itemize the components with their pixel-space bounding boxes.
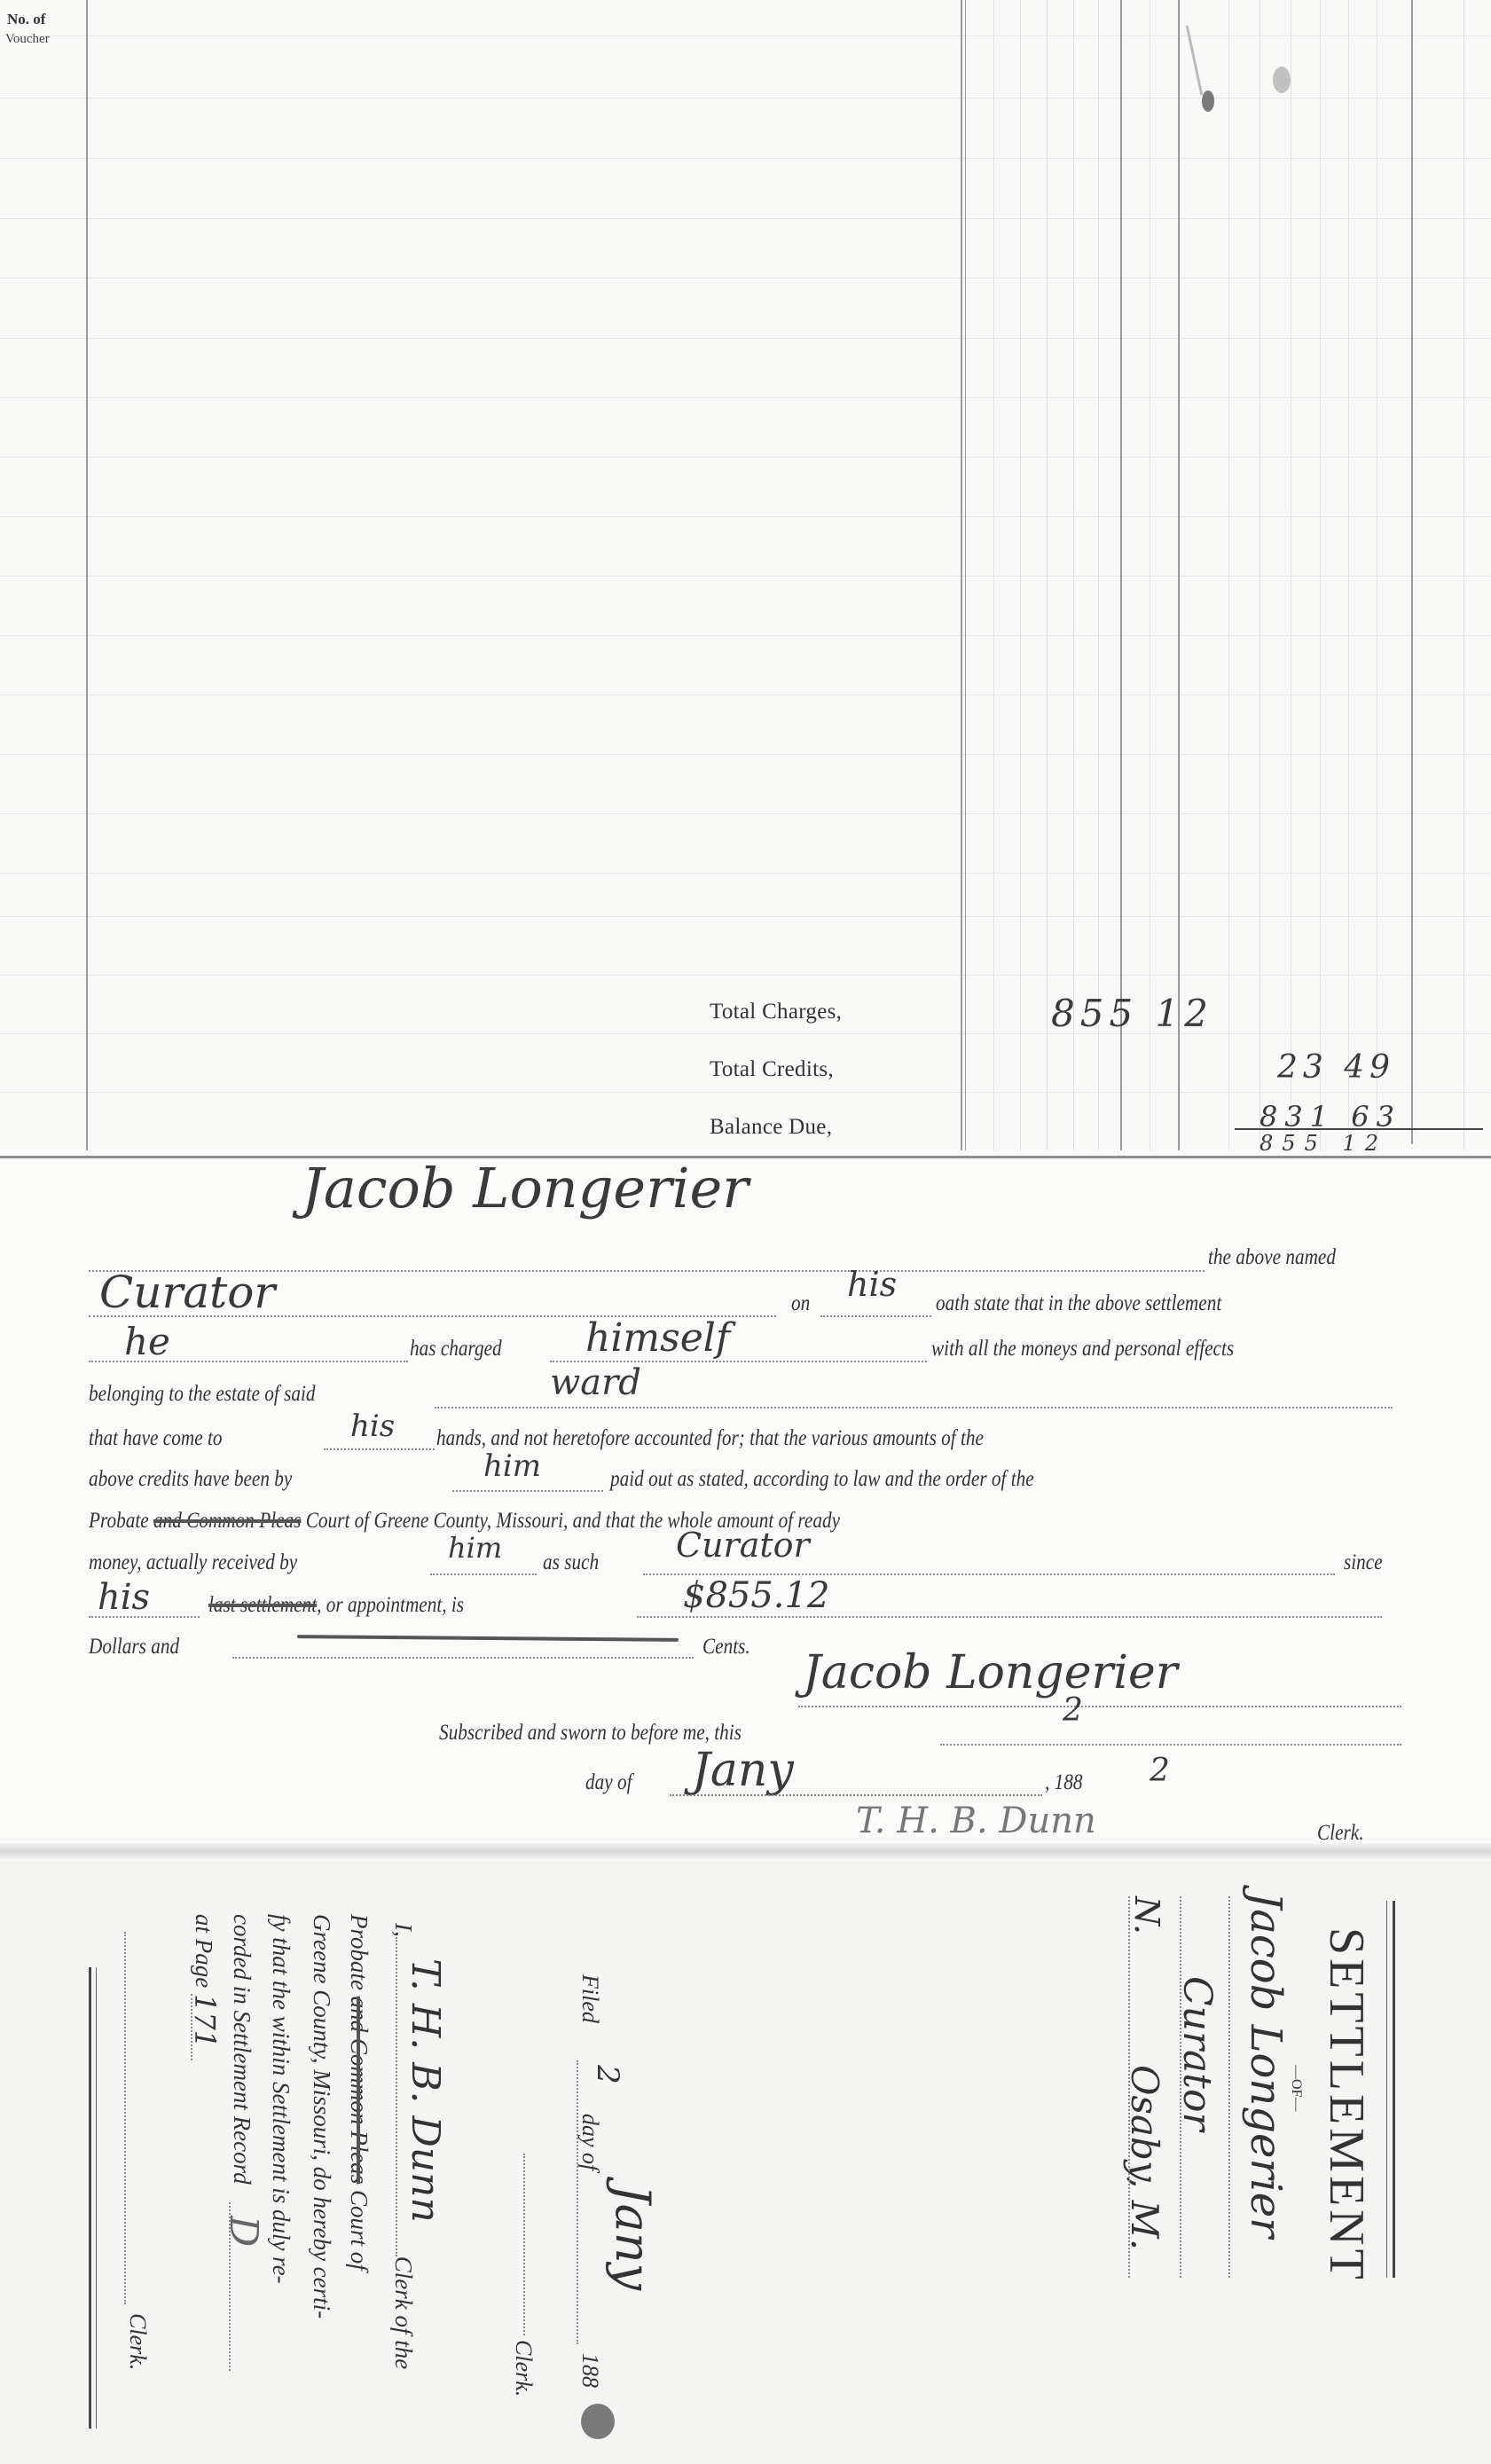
handwritten-himself: himself (585, 1315, 730, 1361)
text-subscribed: Subscribed and sworn to before me, this (439, 1721, 742, 1746)
ink-blot (1202, 90, 1214, 112)
text-day-of: day of (585, 1770, 632, 1795)
fill-line (89, 1361, 408, 1362)
filed-day: 2 (590, 2065, 625, 2084)
cert-line-5: corded in Settlement Record (228, 1914, 255, 2185)
ruled-line (0, 1092, 1491, 1093)
handwritten-ward: ward (550, 1362, 641, 1403)
fill-line (452, 1490, 603, 1492)
cents-guide (1228, 0, 1229, 1150)
text-filed: Filed (577, 1974, 603, 2023)
ruled-line (0, 35, 1491, 36)
ruled-line (0, 158, 1491, 159)
fill-line (124, 1932, 126, 2304)
cents-guide (1098, 0, 1099, 1150)
text-last-settlement: last settlement, or appointment, is (208, 1593, 464, 1618)
fill-line (940, 1744, 1401, 1746)
cents-guide (1377, 0, 1377, 1150)
handwritten-him: him (483, 1448, 541, 1484)
total-charges-label: Total Charges, (710, 1000, 842, 1024)
cents-guide (1348, 0, 1349, 1150)
column-divider (961, 0, 962, 1150)
ruled-line (0, 754, 1491, 755)
settlement-name: Jacob Longerier (1241, 1892, 1291, 2238)
text-above-named: the above named (1208, 1245, 1336, 1270)
endorsement-section: SETTLEMENT —OF— Jacob Longerier Curator … (0, 1861, 1491, 2464)
ruled-line (0, 1033, 1491, 1034)
handwritten-curator: Curator (676, 1526, 810, 1565)
ink-smudge (1273, 67, 1291, 93)
text-as-such: as such (543, 1550, 599, 1575)
cert-clerk-name: T. H. B. Dunn (403, 1958, 448, 2223)
text-i: I, (390, 1923, 417, 1937)
fill-line (1180, 1896, 1181, 2278)
struck-common-pleas-2: and Common Pleas (346, 1997, 373, 2185)
fill-line (637, 1616, 1382, 1618)
fill-line (670, 1794, 1042, 1796)
fill-line (435, 1407, 1393, 1409)
text-court-of: Court of (346, 2190, 373, 2271)
ruled-line (0, 338, 1491, 339)
column-divider (1178, 0, 1180, 1150)
sum-underline (1235, 1128, 1483, 1130)
cents-guide (1020, 0, 1021, 1150)
text-on: on (791, 1291, 810, 1316)
cert-record: D (221, 2216, 266, 2247)
text-day-of-filed: day of (577, 2114, 603, 2170)
text-dollars-and: Dollars and (89, 1635, 179, 1660)
text-probate: Probate (89, 1509, 149, 1533)
handwritten-name: Jacob Longerier (302, 1156, 749, 1220)
column-divider (1411, 0, 1413, 1144)
text-filed-clerk: Clerk. (510, 2340, 537, 2397)
text-money-received: money, actually received by (89, 1550, 297, 1575)
signature-line (798, 1706, 1401, 1707)
filed-month: Jany (605, 2185, 661, 2290)
column-header-voucher: Voucher (5, 32, 50, 47)
ward-prefix: N. (1127, 1896, 1166, 1934)
ledger-section: No. of Voucher Total Charges, Total Cred… (0, 0, 1491, 1157)
cents-guide (1260, 0, 1260, 1150)
border-line (1393, 1901, 1395, 2278)
ink-blot (581, 2404, 615, 2439)
handwritten-month: Jany (692, 1744, 794, 1797)
cert-line-6: at Page (190, 1914, 217, 1988)
column-header-no-of: No. of (7, 11, 45, 28)
handwritten-he: he (124, 1320, 170, 1363)
settlement-title: SETTLEMENT (1318, 1927, 1375, 2283)
fill-line (820, 1315, 931, 1317)
cents-guide (1320, 0, 1321, 1150)
fill-line (1128, 1896, 1130, 2278)
fill-line (324, 1448, 435, 1450)
cents-guide (1150, 0, 1150, 1150)
cents-guide (1291, 0, 1291, 1150)
cents-guide (1464, 0, 1464, 1150)
cert-line-3: Greene County, Missouri, do hereby certi… (308, 1914, 335, 2319)
text-probate-2: Probate (346, 1914, 373, 1990)
cert-line-2: Probate and Common Pleas Court of (345, 1914, 373, 2271)
ruled-line (0, 397, 1491, 398)
handwritten-his-3: his (98, 1577, 150, 1618)
cents-guide (1047, 0, 1048, 1150)
total-credits-amount: 23 49 (1277, 1049, 1395, 1086)
cents-guide (993, 0, 994, 1150)
ruled-line (0, 975, 1491, 976)
total-credits-label: Total Credits, (710, 1057, 834, 1082)
handwritten-his-2: his (350, 1409, 395, 1444)
check-sum-amount: 855 12 (1260, 1131, 1387, 1156)
scribble-cents (297, 1635, 679, 1642)
column-divider (1120, 0, 1122, 1150)
clerk-signature: T. H. B. Dunn (856, 1801, 1096, 1841)
fill-line (232, 1657, 694, 1659)
ruled-line (0, 576, 1491, 577)
text-oath-state: oath state that in the above settlement (936, 1291, 1221, 1316)
ruled-line (0, 916, 1491, 917)
total-charges-amount: 855 12 (1051, 992, 1213, 1035)
column-divider (86, 0, 88, 1150)
handwritten-role: Curator (99, 1267, 275, 1318)
column-divider (965, 0, 966, 1150)
fill-line (430, 1573, 537, 1575)
text-or-appointment: , or appointment, is (317, 1593, 464, 1617)
border-line (96, 1967, 97, 2429)
ruled-line (0, 813, 1491, 814)
text-paid-out: paid out as stated, according to law and… (610, 1467, 1034, 1492)
ruled-line (0, 873, 1491, 874)
ruled-line (0, 98, 1491, 98)
text-clerk-of-the: Clerk of the (390, 2256, 417, 2369)
handwritten-day: 2 (1063, 1692, 1083, 1729)
handwritten-him-2: him (448, 1531, 502, 1565)
border-line (1386, 1901, 1387, 2278)
fill-line (1228, 1896, 1230, 2278)
handwritten-year-digit: 2 (1150, 1753, 1170, 1789)
border-line (89, 1967, 91, 2429)
ruled-line (0, 516, 1491, 517)
cert-clerk-label: Clerk. (124, 2313, 151, 2370)
affiant-signature: Jacob Longerier (803, 1646, 1178, 1699)
cert-page: 171 (188, 1994, 222, 2048)
ruled-line (0, 457, 1491, 458)
cert-line-4: fy that the within Settlement is duly re… (267, 1914, 294, 2284)
fill-line (523, 2154, 525, 2335)
paper-fold (0, 1843, 1491, 1859)
fill-line (191, 1994, 192, 2060)
fill-line (577, 2060, 578, 2344)
struck-common-pleas: and Common Pleas (153, 1509, 301, 1533)
ruled-line (0, 218, 1491, 219)
struck-last-settlement: last settlement (208, 1593, 317, 1617)
text-moneys: with all the moneys and personal effects (931, 1337, 1234, 1361)
text-filed-year: 188 (577, 2353, 603, 2388)
ruled-line (0, 694, 1491, 695)
text-cents: Cents. (702, 1635, 750, 1660)
text-above-credits: above credits have been by (89, 1467, 292, 1492)
text-clerk: Clerk. (1317, 1821, 1364, 1846)
balance-due-label: Balance Due, (710, 1115, 832, 1140)
fill-line (89, 1616, 200, 1618)
oath-section: Jacob Longerier the above named Curator … (0, 1160, 1491, 1861)
ruled-line (0, 635, 1491, 636)
text-year: , 188 (1045, 1770, 1083, 1795)
text-hands: hands, and not heretofore accounted for;… (436, 1426, 984, 1451)
text-since: since (1344, 1550, 1383, 1575)
cents-guide (1073, 0, 1074, 1150)
text-belonging: belonging to the estate of said (89, 1382, 316, 1407)
text-has-charged: has charged (410, 1337, 502, 1361)
ruled-line (0, 278, 1491, 279)
handwritten-amount: $855.12 (683, 1575, 829, 1616)
handwritten-his: his (847, 1265, 897, 1304)
text-come-to: that have come to (89, 1426, 222, 1451)
